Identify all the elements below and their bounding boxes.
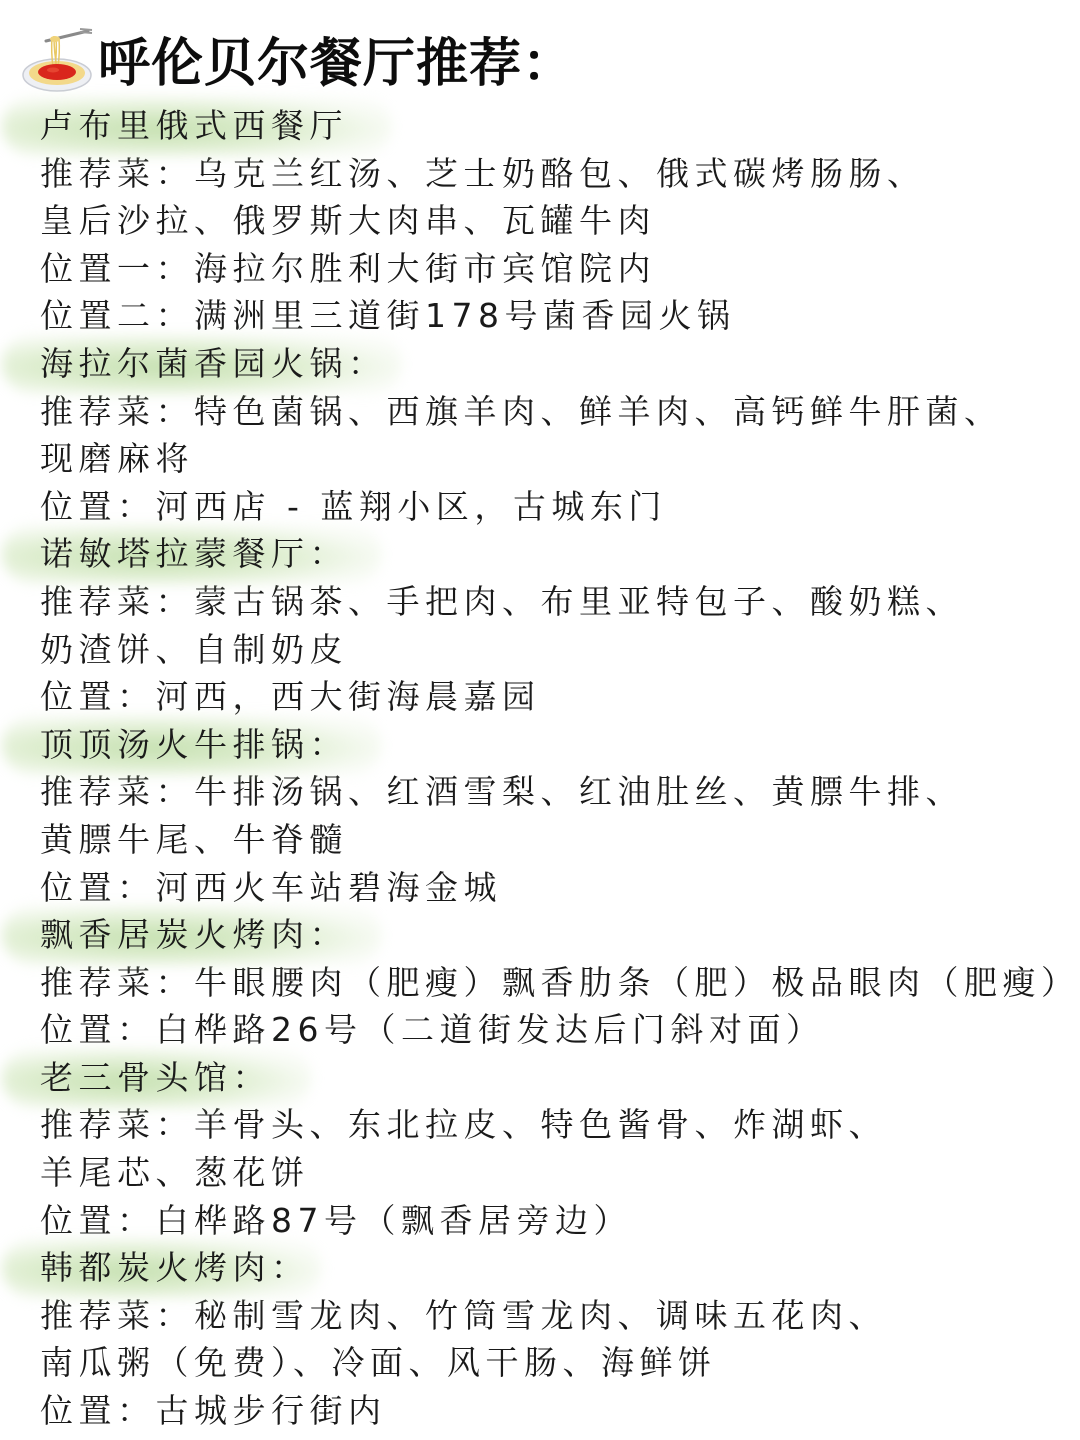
- page-title: 呼伦贝尔餐厅推荐：: [98, 38, 575, 90]
- dish-line: 推荐菜：蒙古锅茶、手把肉、布里亚特包子、酸奶糕、: [40, 578, 1080, 626]
- location-line: 位置：白桦路87号（飘香居旁边）: [40, 1197, 1080, 1245]
- restaurant-entry: 卢布里俄式西餐厅 推荐菜：乌克兰红汤、芝士奶酪包、俄式碳烤肠肠、 皇后沙拉、俄罗…: [40, 102, 1080, 340]
- restaurant-name: 飘香居炭火烤肉：: [40, 911, 1080, 959]
- location-line: 位置：河西，西大街海晨嘉园: [40, 673, 1080, 721]
- dish-line: 推荐菜：乌克兰红汤、芝士奶酪包、俄式碳烤肠肠、: [40, 150, 1080, 198]
- dish-line: 推荐菜：秘制雪龙肉、竹筒雪龙肉、调味五花肉、: [40, 1292, 1080, 1340]
- dish-line: 推荐菜：特色菌锅、西旗羊肉、鲜羊肉、高钙鲜牛肝菌、: [40, 388, 1080, 436]
- restaurant-entry: 老三骨头馆： 推荐菜：羊骨头、东北拉皮、特色酱骨、炸湖虾、 羊尾芯、葱花饼 位置…: [40, 1054, 1080, 1244]
- location-line: 位置：河西火车站碧海金城: [40, 864, 1080, 912]
- restaurant-name: 顶顶汤火牛排锅：: [40, 721, 1080, 769]
- dish-line: 羊尾芯、葱花饼: [40, 1149, 1080, 1197]
- restaurant-name: 海拉尔菌香园火锅：: [40, 340, 1080, 388]
- restaurant-entry: 飘香居炭火烤肉： 推荐菜：牛眼腰肉（肥瘦）飘香肋条（肥）极品眼肉（肥瘦） 位置：…: [40, 911, 1080, 1054]
- restaurant-list: 卢布里俄式西餐厅 推荐菜：乌克兰红汤、芝士奶酪包、俄式碳烤肠肠、 皇后沙拉、俄罗…: [40, 102, 1080, 1435]
- dish-line: 南瓜粥（免费）、冷面、风干肠、海鲜饼: [40, 1339, 1080, 1387]
- restaurant-entry: 诺敏塔拉蒙餐厅： 推荐菜：蒙古锅茶、手把肉、布里亚特包子、酸奶糕、 奶渣饼、自制…: [40, 530, 1080, 720]
- restaurant-name: 韩都炭火烤肉：: [40, 1244, 1080, 1292]
- restaurant-name: 卢布里俄式西餐厅: [40, 102, 1080, 150]
- dish-line: 奶渣饼、自制奶皮: [40, 626, 1080, 674]
- dish-line: 黄膘牛尾、牛脊髓: [40, 816, 1080, 864]
- dish-line: 皇后沙拉、俄罗斯大肉串、瓦罐牛肉: [40, 197, 1080, 245]
- restaurant-name: 诺敏塔拉蒙餐厅：: [40, 530, 1080, 578]
- restaurant-name: 老三骨头馆：: [40, 1054, 1080, 1102]
- dish-line: 现磨麻将: [40, 435, 1080, 483]
- restaurant-recommendation-page: 呼伦贝尔餐厅推荐： 卢布里俄式西餐厅 推荐菜：乌克兰红汤、芝士奶酪包、俄式碳烤肠…: [0, 0, 1080, 1440]
- restaurant-entry: 韩都炭火烤肉： 推荐菜：秘制雪龙肉、竹筒雪龙肉、调味五花肉、 南瓜粥（免费）、冷…: [40, 1244, 1080, 1434]
- restaurant-entry: 海拉尔菌香园火锅： 推荐菜：特色菌锅、西旗羊肉、鲜羊肉、高钙鲜牛肝菌、 现磨麻将…: [40, 340, 1080, 530]
- location-line: 位置一：海拉尔胜利大街市宾馆院内: [40, 245, 1080, 293]
- location-line: 位置：河西店 - 蓝翔小区，古城东门: [40, 483, 1080, 531]
- dish-line: 推荐菜：牛排汤锅、红酒雪梨、红油肚丝、黄膘牛排、: [40, 768, 1080, 816]
- location-line: 位置：白桦路26号（二道街发达后门斜对面）: [40, 1006, 1080, 1054]
- dish-line: 推荐菜：牛眼腰肉（肥瘦）飘香肋条（肥）极品眼肉（肥瘦）: [40, 959, 1080, 1007]
- dish-line: 推荐菜：羊骨头、东北拉皮、特色酱骨、炸湖虾、: [40, 1101, 1080, 1149]
- spaghetti-plate-icon: [18, 27, 96, 95]
- restaurant-entry: 顶顶汤火牛排锅： 推荐菜：牛排汤锅、红酒雪梨、红油肚丝、黄膘牛排、 黄膘牛尾、牛…: [40, 721, 1080, 911]
- location-line: 位置：古城步行街内: [40, 1387, 1080, 1435]
- title-row: 呼伦贝尔餐厅推荐：: [18, 22, 575, 100]
- location-line: 位置二：满洲里三道街178号菌香园火锅: [40, 292, 1080, 340]
